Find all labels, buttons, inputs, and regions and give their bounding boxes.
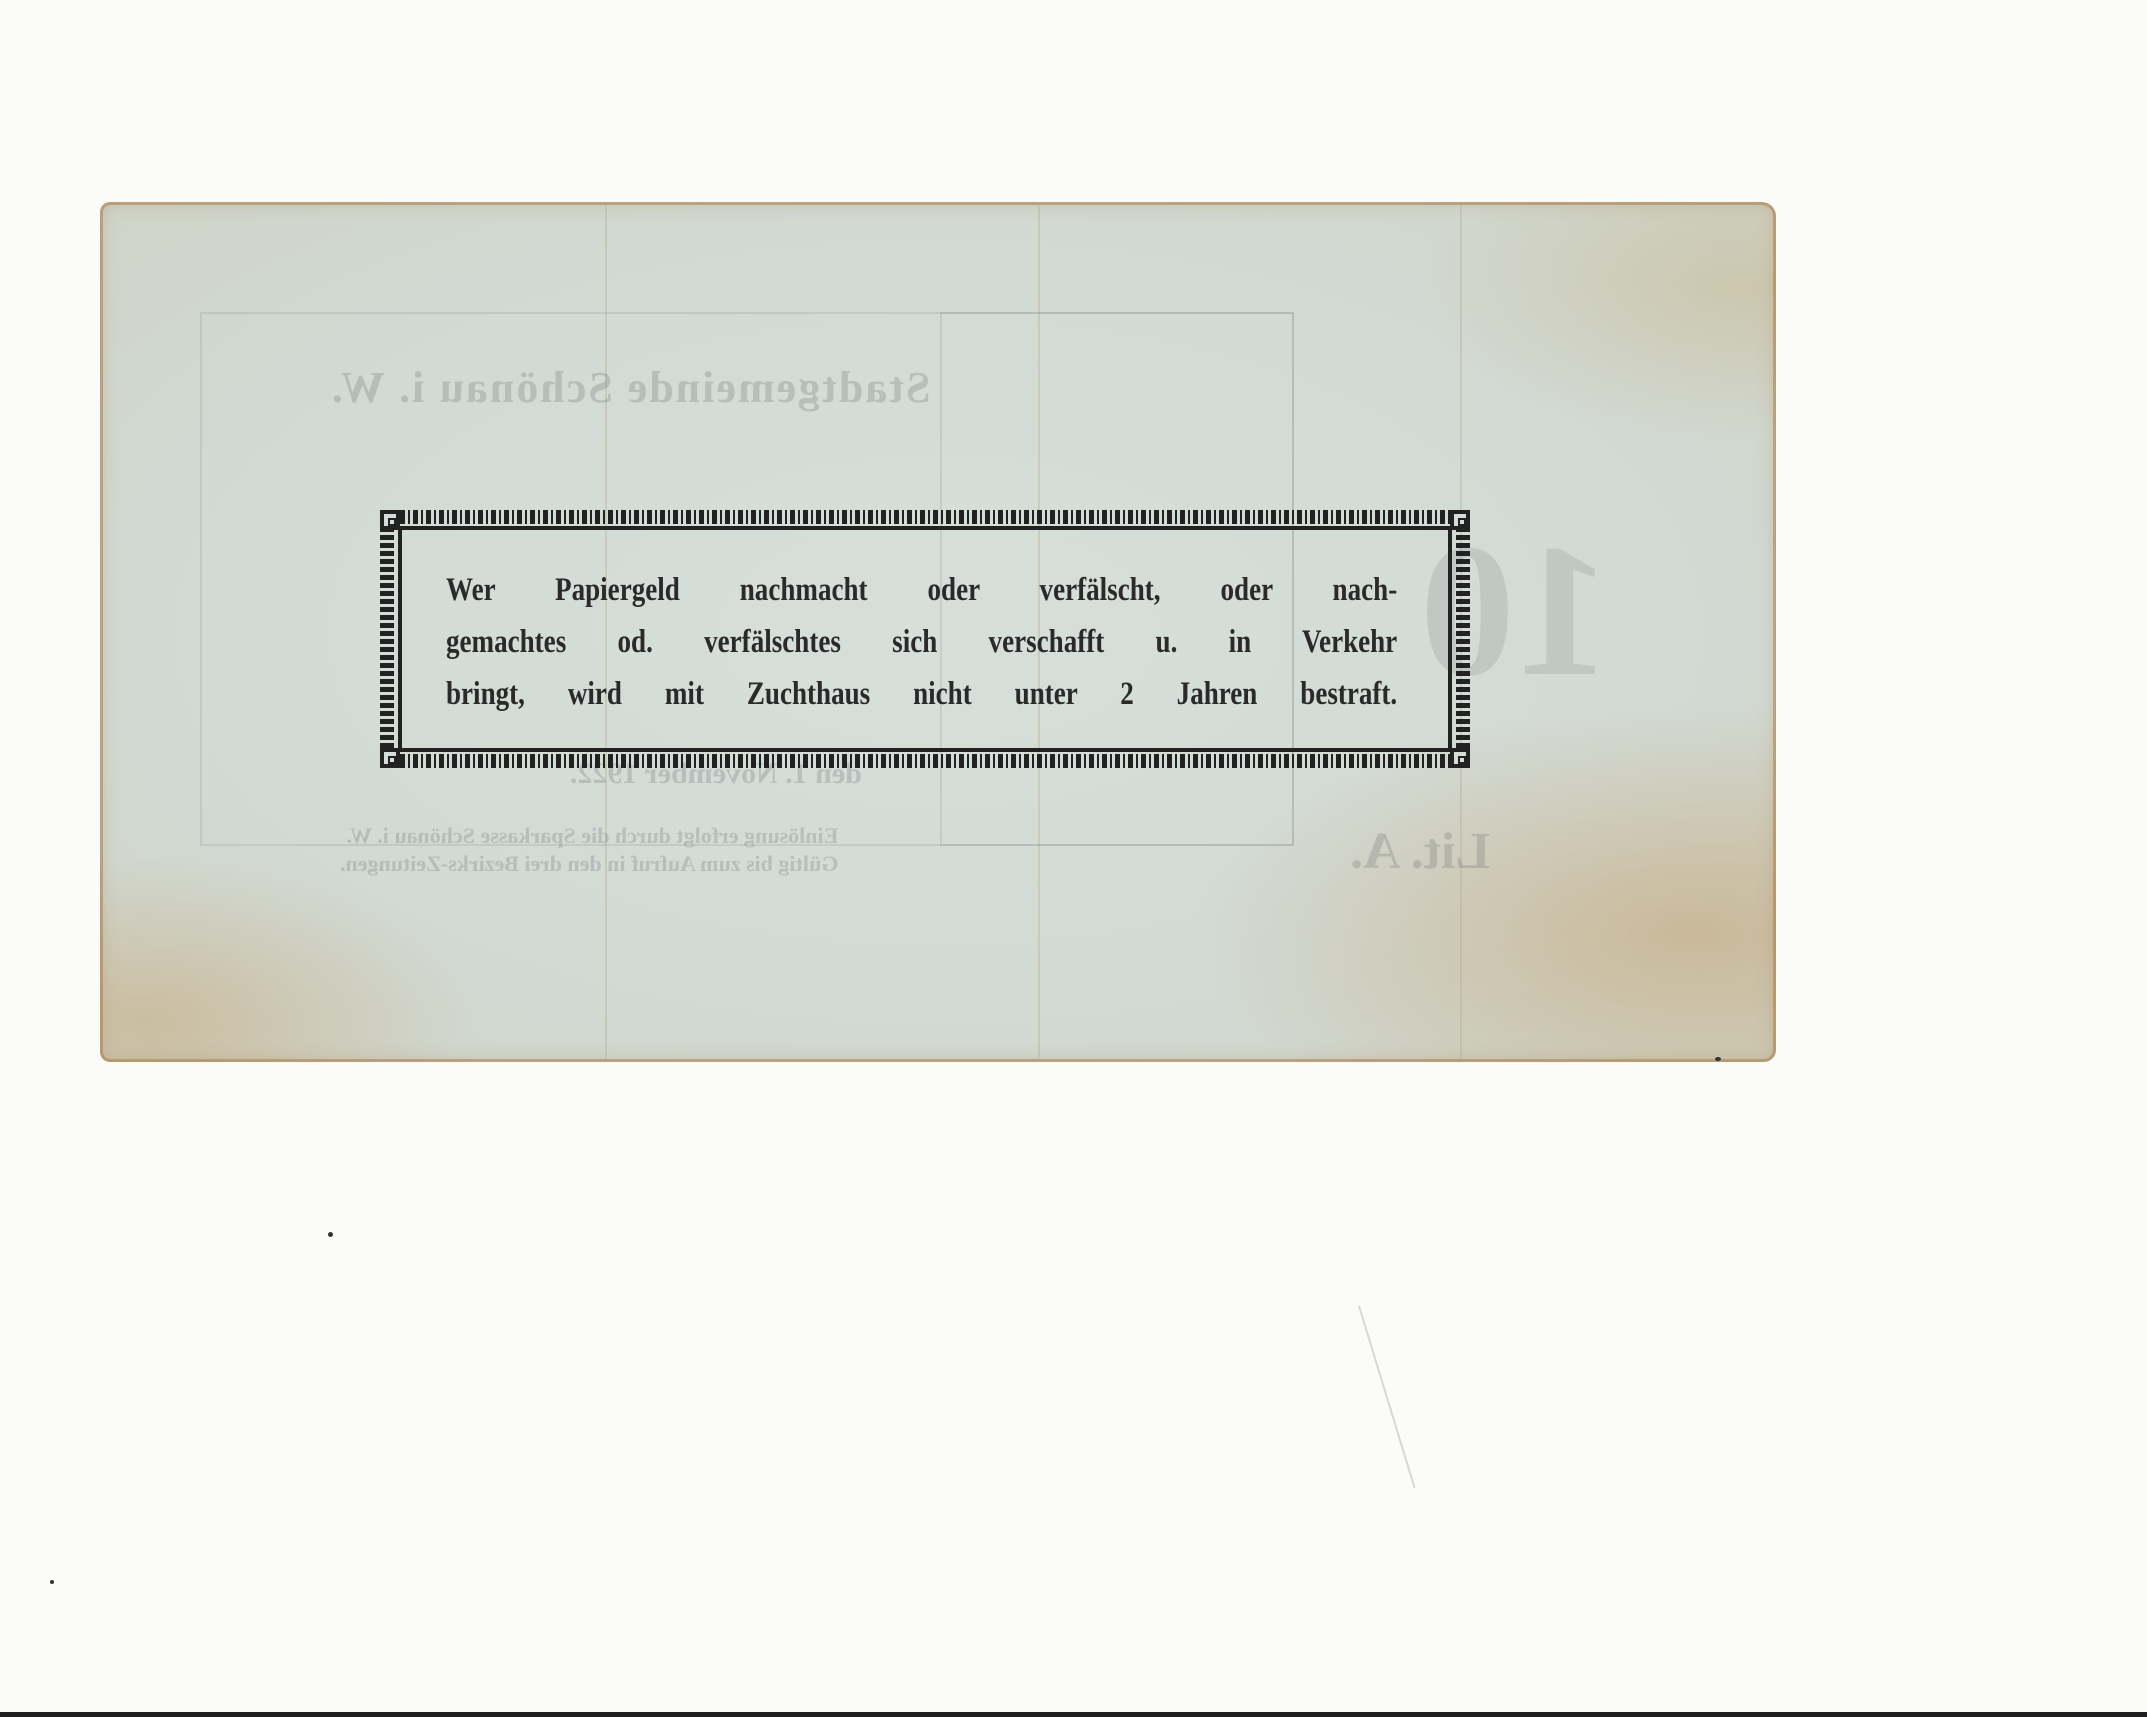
frame-rule xyxy=(400,526,1450,530)
banknote: Stadtgemeinde Schönau i. W. 10 den 1. No… xyxy=(100,202,1776,1062)
frame-border-bottom xyxy=(400,754,1450,768)
bleed-through-footer-line: Einlösung erfolgt durch die Sparkasse Sc… xyxy=(340,822,838,850)
warning-frame: Wer Papiergeld nachmacht oder verfälscht… xyxy=(380,510,1470,768)
counterfeit-warning-text: Wer Papiergeld nachmacht oder verfälscht… xyxy=(446,564,1397,720)
warning-line: bringt, wird mit Zuchthaus nicht unter 2… xyxy=(446,668,1397,720)
bleed-through-series: Lit. A. xyxy=(1350,822,1490,881)
frame-corner-ornament xyxy=(380,510,400,530)
dust-speck xyxy=(50,1580,54,1584)
frame-rule xyxy=(1448,530,1452,748)
frame-border-left xyxy=(380,530,394,748)
warning-line: gemachtes od. verfälschtes sich verschaf… xyxy=(446,616,1397,668)
frame-corner-ornament xyxy=(1450,748,1470,768)
warning-line: Wer Papiergeld nachmacht oder verfälscht… xyxy=(446,564,1397,616)
frame-border-top xyxy=(400,510,1450,524)
frame-rule xyxy=(400,748,1450,752)
frame-corner-ornament xyxy=(1450,510,1470,530)
dust-speck xyxy=(328,1232,333,1237)
scan-bottom-edge xyxy=(0,1712,2147,1717)
frame-rule xyxy=(398,530,402,748)
frame-corner-ornament xyxy=(380,748,400,768)
bleed-through-footer-line: Gültig bis zum Aufruf in den drei Bezirk… xyxy=(340,850,838,878)
dust-speck xyxy=(1715,1057,1721,1061)
frame-border-right xyxy=(1456,530,1470,748)
bleed-through-title: Stadtgemeinde Schönau i. W. xyxy=(330,362,930,413)
scanner-scratch xyxy=(1358,1306,1415,1488)
bleed-through-footer: Einlösung erfolgt durch die Sparkasse Sc… xyxy=(340,822,838,878)
